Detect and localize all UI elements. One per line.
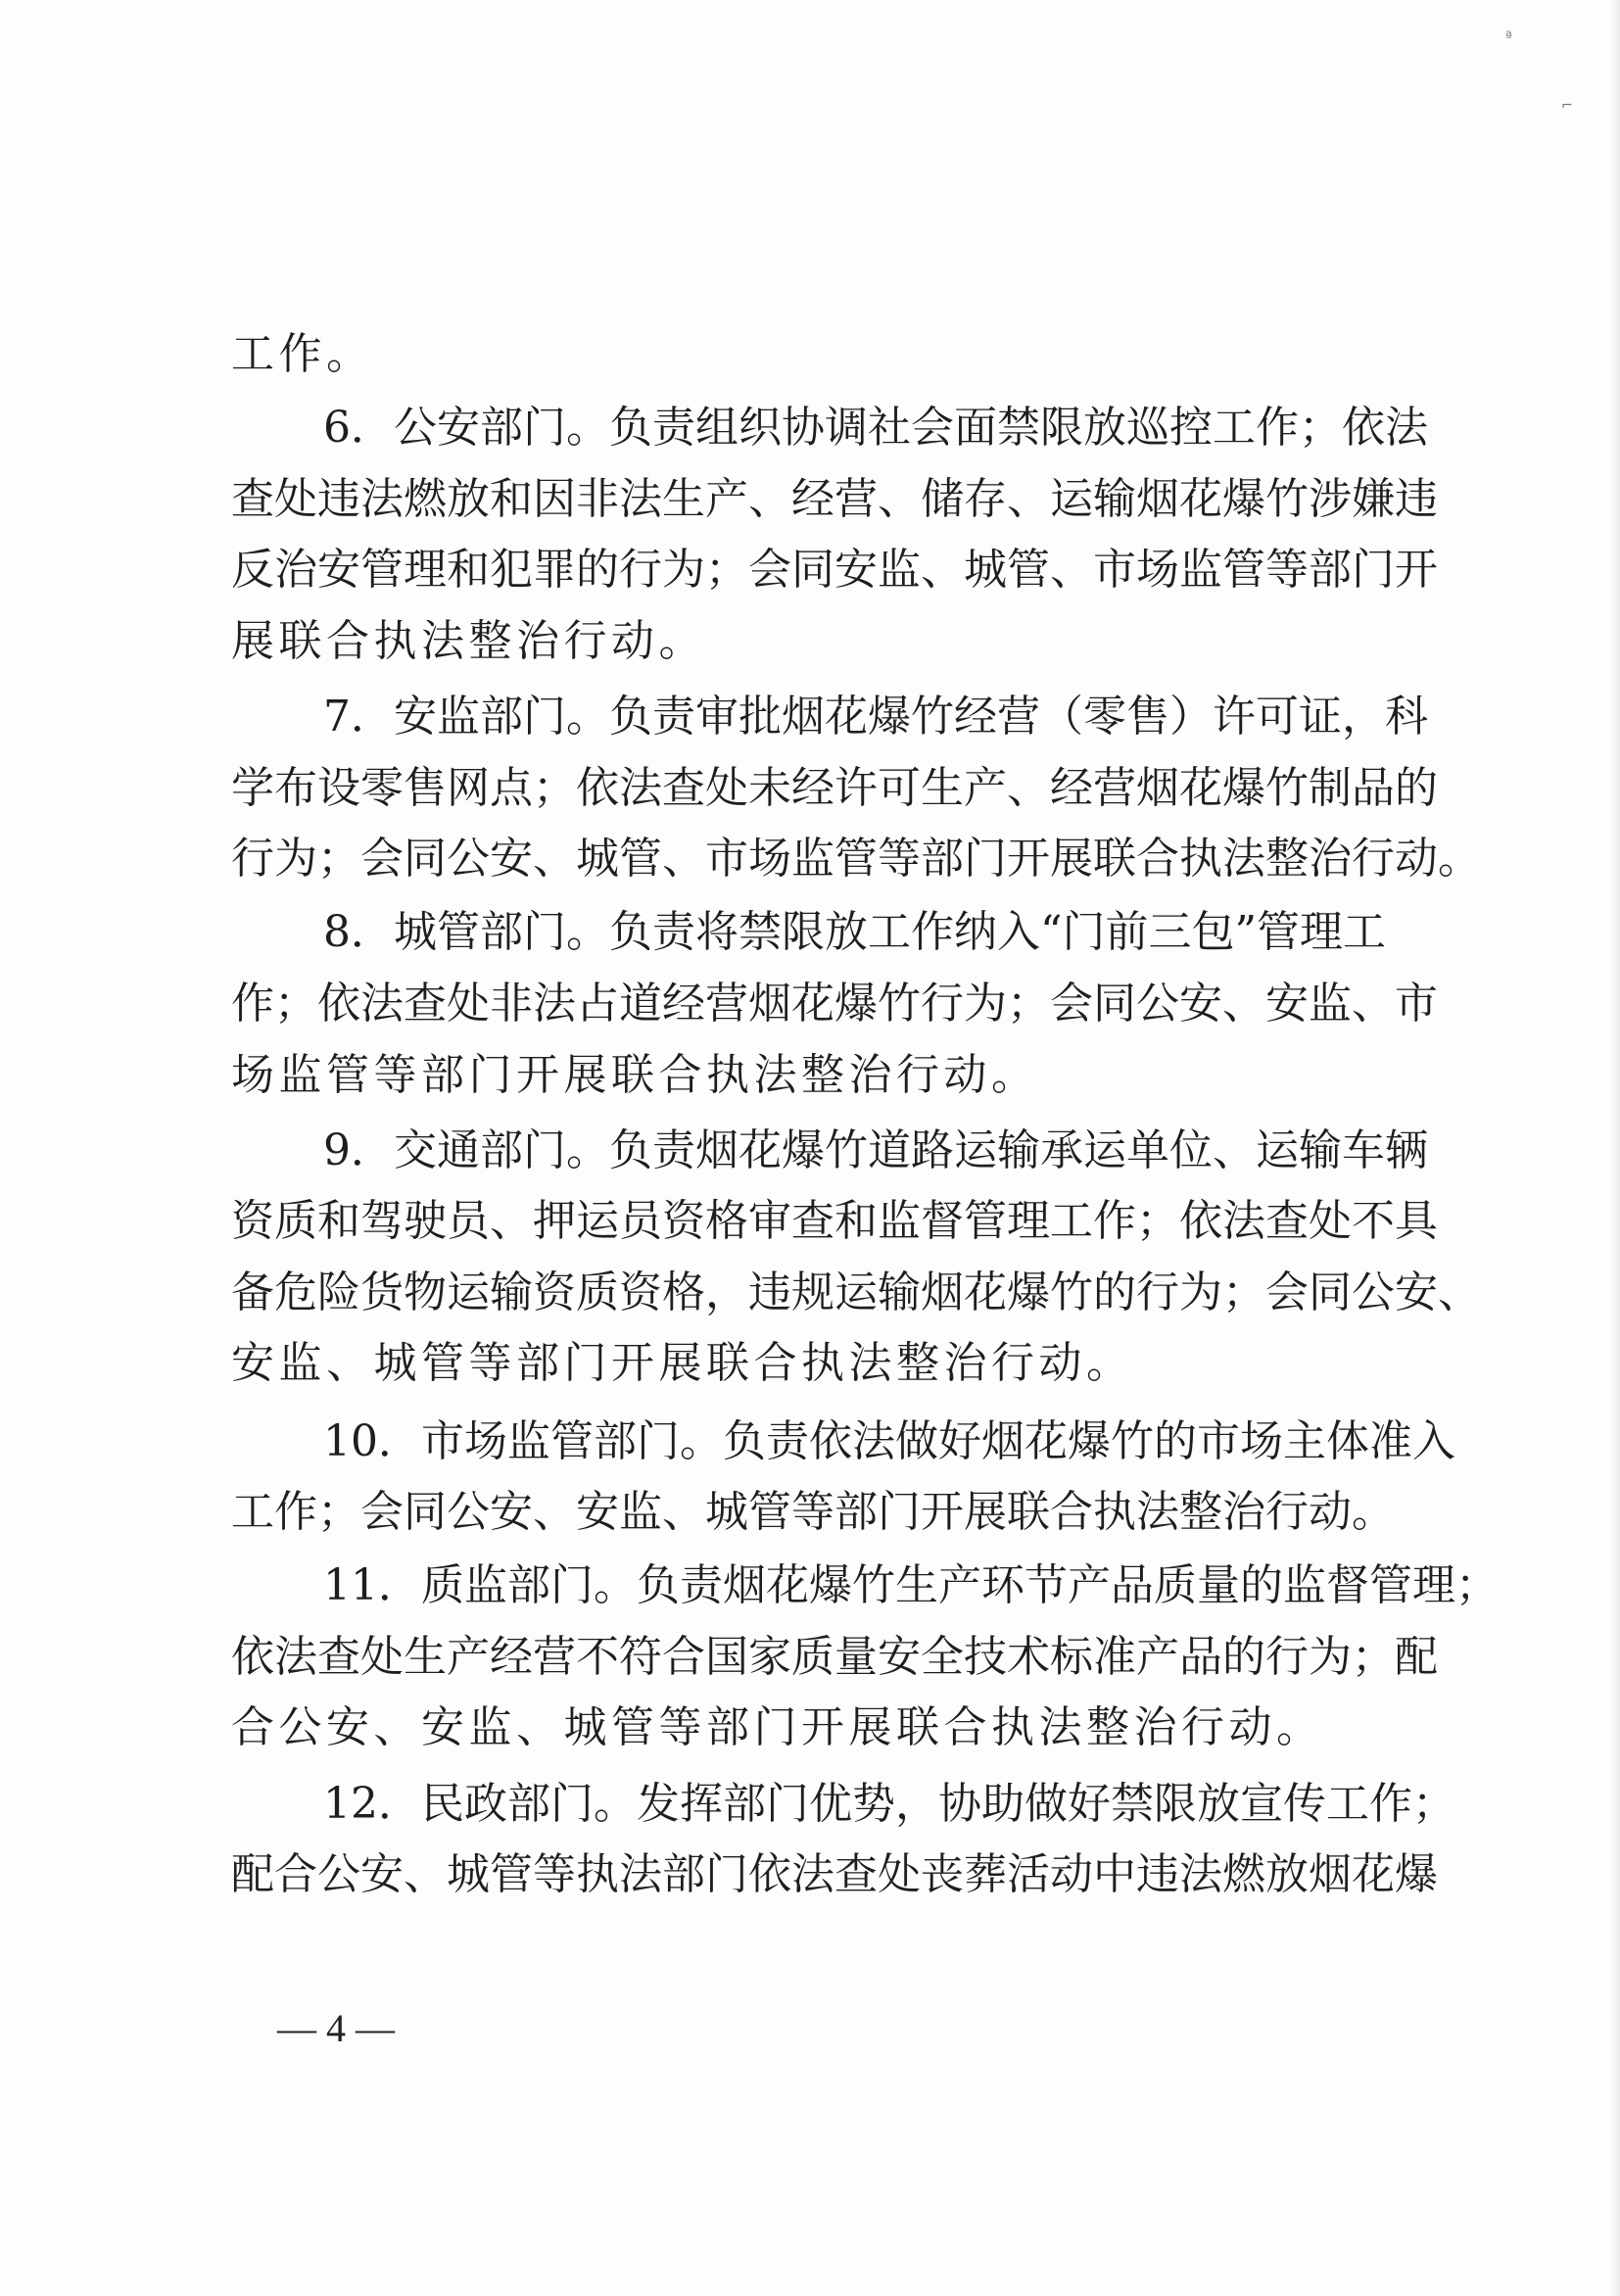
paragraph-11-first-line: 11．质监部门。负责烟花爆竹生产环节产品质量的监督管理； xyxy=(323,1561,1379,1610)
text-line: 备危险货物运输资质资格，违规运输烟花爆竹的行为；会同公安、 xyxy=(231,1268,1379,1317)
scan-edge xyxy=(1610,0,1620,2296)
text-line: 场监管等部门开展联合执法整治行动。 xyxy=(231,1051,1379,1100)
text-line: 依法查处生产经营不符合国家质量安全技术标准产品的行为；配 xyxy=(231,1633,1379,1682)
paragraph-8-first-line: 8．城管部门。负责将禁限放工作纳入“门前三包”管理工 xyxy=(323,908,1379,957)
paragraph-7-first-line: 7．安监部门。负责审批烟花爆竹经营（零售）许可证，科 xyxy=(323,693,1379,741)
scan-speck: ⌐ xyxy=(1561,98,1573,114)
document-page: ª ⌐ 工作。 6．公安部门。负责组织协调社会面禁限放巡控工作；依法 查处违法燃… xyxy=(0,0,1620,2296)
paragraph-6-first-line: 6．公安部门。负责组织协调社会面禁限放巡控工作；依法 xyxy=(323,404,1379,453)
text-line: 展联合执法整治行动。 xyxy=(231,617,1379,666)
text-line: 查处违法燃放和因非法生产、经营、储存、运输烟花爆竹涉嫌违 xyxy=(231,475,1379,524)
text-line: 反治安管理和犯罪的行为；会同安监、城管、市场监管等部门开 xyxy=(231,546,1379,595)
text-line: 配合公安、城管等执法部门依法查处丧葬活动中违法燃放烟花爆 xyxy=(231,1850,1379,1899)
scan-speck: ª xyxy=(1505,29,1512,45)
text-line: 行为；会同公安、城管、市场监管等部门开展联合执法整治行动。 xyxy=(231,835,1379,884)
text-line: 工作；会同公安、安监、城管等部门开展联合执法整治行动。 xyxy=(231,1488,1379,1537)
text-line: 作；依法查处非法占道经营烟花爆竹行为；会同公安、安监、市 xyxy=(231,980,1379,1028)
text-line: 资质和驾驶员、押运员资格审查和监督管理工作；依法查处不具 xyxy=(231,1197,1379,1246)
text-line: 合公安、安监、城管等部门开展联合执法整治行动。 xyxy=(231,1703,1379,1752)
text-line: 工作。 xyxy=(231,330,1379,379)
text-line: 学布设零售网点；依法查处未经许可生产、经营烟花爆竹制品的 xyxy=(231,764,1379,813)
paragraph-12-first-line: 12．民政部门。发挥部门优势，协助做好禁限放宣传工作； xyxy=(323,1780,1379,1829)
paragraph-9-first-line: 9．交通部门。负责烟花爆竹道路运输承运单位、运输车辆 xyxy=(323,1126,1379,1175)
page-number: — 4 — xyxy=(277,2006,395,2051)
text-line: 安监、城管等部门开展联合执法整治行动。 xyxy=(231,1339,1379,1388)
paragraph-10-first-line: 10．市场监管部门。负责依法做好烟花爆竹的市场主体准入 xyxy=(323,1417,1379,1466)
